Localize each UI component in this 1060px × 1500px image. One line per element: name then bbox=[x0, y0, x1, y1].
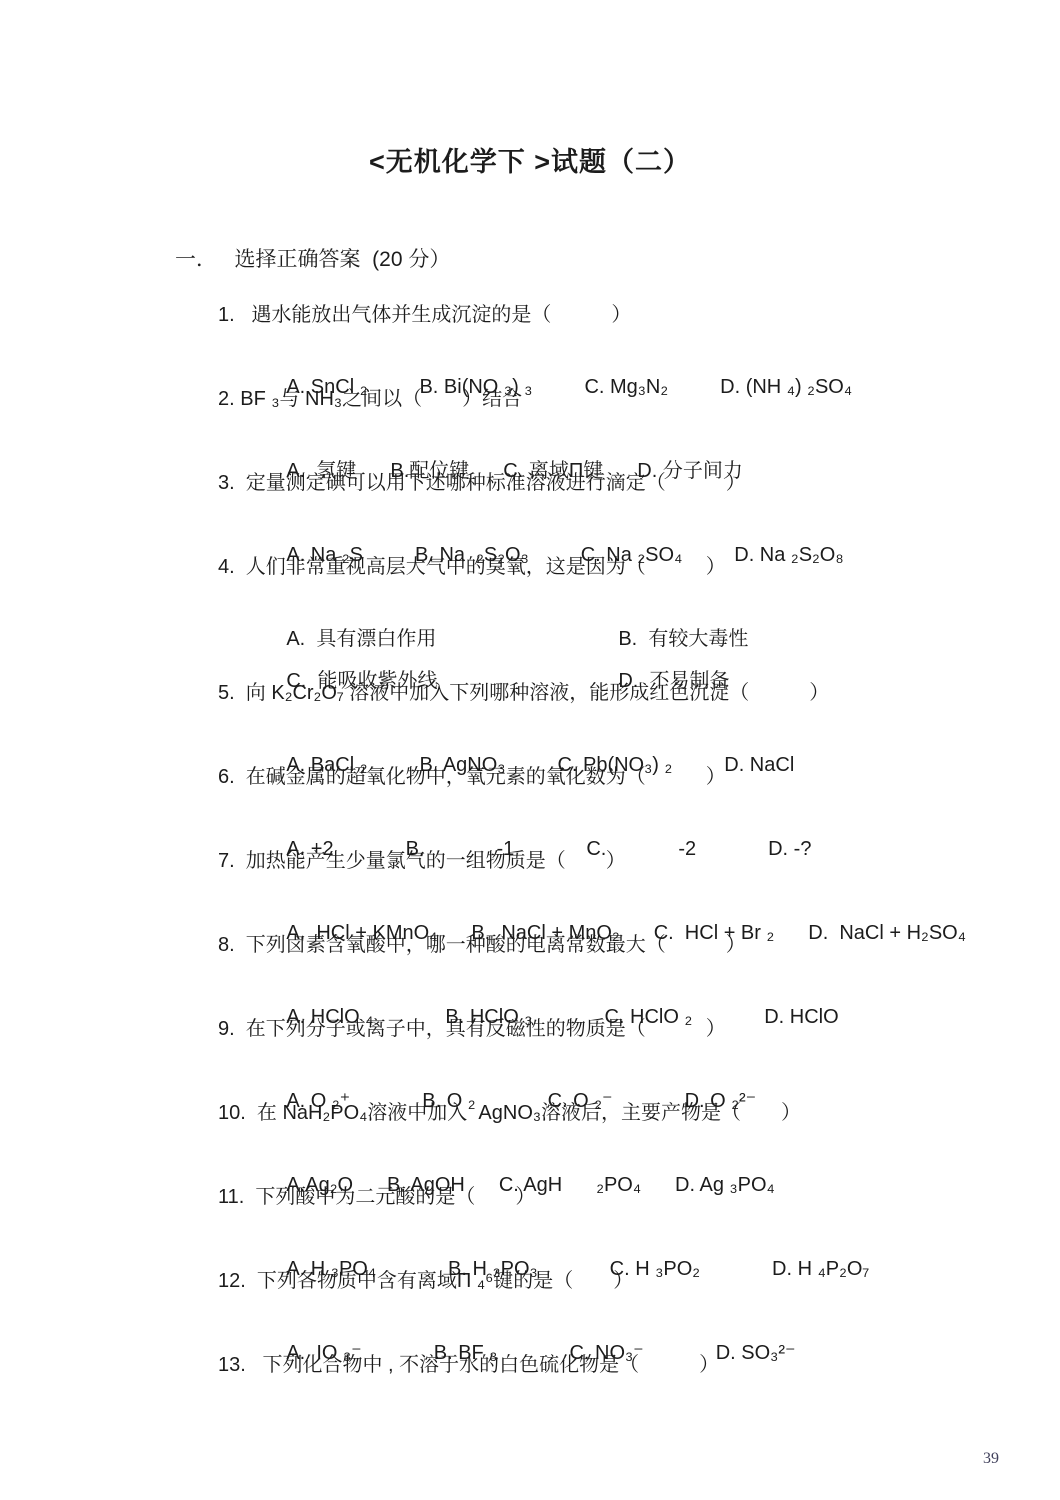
exam-title: <无机化学下 >试题（二） bbox=[0, 140, 1060, 179]
exam-page: <无机化学下 >试题（二） 一． 选择正确答案 (20 分） 1. 遇水能放出气… bbox=[0, 0, 1060, 1500]
question-options: A. SnCl ₂B. Bi(NO ₃) ₃C. Mg₃N₂D. (NH ₄) … bbox=[0, 342, 1060, 384]
question-stem: 10. 在 NaH₂PO₄溶液中加入 AgNO₃溶液后，主要产物是（ ） bbox=[0, 1098, 1060, 1140]
option: B. 有较大毒性 bbox=[618, 624, 748, 654]
option: D. HClO bbox=[764, 1002, 838, 1032]
option: D. NaCl + H₂SO₄ bbox=[808, 918, 966, 948]
question-list: 1. 遇水能放出气体并生成沉淀的是（ ） A. SnCl ₂B. Bi(NO ₃… bbox=[0, 300, 1060, 1392]
question-options: A. HClO ₄B. HClO ₃C. HClO ₂D. HClO bbox=[0, 972, 1060, 1014]
page-number: 39 bbox=[983, 1450, 999, 1468]
question-stem: 3. 定量测定碘可以用下述哪种标准溶液进行滴定（ ） bbox=[0, 468, 1060, 510]
question-options: A. H ₃PO₄B. H ₃PO₃C. H ₃PO₂D. H ₄P₂O₇ bbox=[0, 1224, 1060, 1266]
option: A. 具有漂白作用 bbox=[286, 624, 618, 654]
section-heading: 一． 选择正确答案 (20 分） bbox=[0, 243, 1060, 273]
question-options: A.Ag₂OB. AgOHC. AgH₂PO₄D. Ag ₃PO₄ bbox=[0, 1140, 1060, 1182]
question-options: A. 氢键B.配位键C. 离域Π键D. 分子间力 bbox=[0, 426, 1060, 468]
question-stem: 11. 下列酸中为二元酸的是（ ） bbox=[0, 1182, 1060, 1224]
question-options: A. +2B.-1C.-2D. -? bbox=[0, 804, 1060, 846]
question-stem: 6. 在碱金属的超氧化物中，氧元素的氧化数为（ ） bbox=[0, 762, 1060, 804]
question-options: A. BaCl ₂B. AgNO₃C. Pb(NO₃) ₂D. NaCl bbox=[0, 720, 1060, 762]
option: -2 bbox=[678, 834, 696, 864]
question-options: A. HCl + KMnO₄B. NaCl + MnO₂C. HCl + Br … bbox=[0, 888, 1060, 930]
option: C. Mg₃N₂ bbox=[584, 372, 668, 402]
question-stem: 7. 加热能产生少量氯气的一组物质是（ ） bbox=[0, 846, 1060, 888]
question-stem: 5. 向 K₂Cr₂O₇ 溶液中加入下列哪种溶液，能形成红色沉淀（ ） bbox=[0, 678, 1060, 720]
question-options: A. O ₂⁺B. O ₂C. O ₂⁻D. O ₂²⁻ bbox=[0, 1056, 1060, 1098]
option: D. (NH ₄) ₂SO₄ bbox=[720, 372, 852, 402]
option: ₂PO₄ bbox=[596, 1170, 641, 1200]
question-stem: 1. 遇水能放出气体并生成沉淀的是（ ） bbox=[0, 300, 1060, 342]
option: D. -? bbox=[768, 834, 811, 864]
option: D. NaCl bbox=[724, 750, 794, 780]
question-options: A. 具有漂白作用B. 有较大毒性 bbox=[0, 594, 1060, 636]
option: D. Na ₂S₂O₈ bbox=[734, 540, 843, 570]
question-options: A. Na ₂SB. Na ₂S₂O₃C. Na ₂SO₄D. Na ₂S₂O₈ bbox=[0, 510, 1060, 552]
question-options: A. IO ₃⁻B. BF ₃C. NO₃⁻D. SO₃²⁻ bbox=[0, 1308, 1060, 1350]
option: D. Ag ₃PO₄ bbox=[675, 1170, 775, 1200]
question-stem: 13. 下列化合物中 , 不溶于水的白色硫化物是（ ） bbox=[0, 1350, 1060, 1392]
question-stem: 4. 人们非常重视高层大气中的臭氧，这是因为（ ） bbox=[0, 552, 1060, 594]
option: D. SO₃²⁻ bbox=[716, 1338, 796, 1368]
option: D. H ₄P₂O₇ bbox=[772, 1254, 869, 1284]
